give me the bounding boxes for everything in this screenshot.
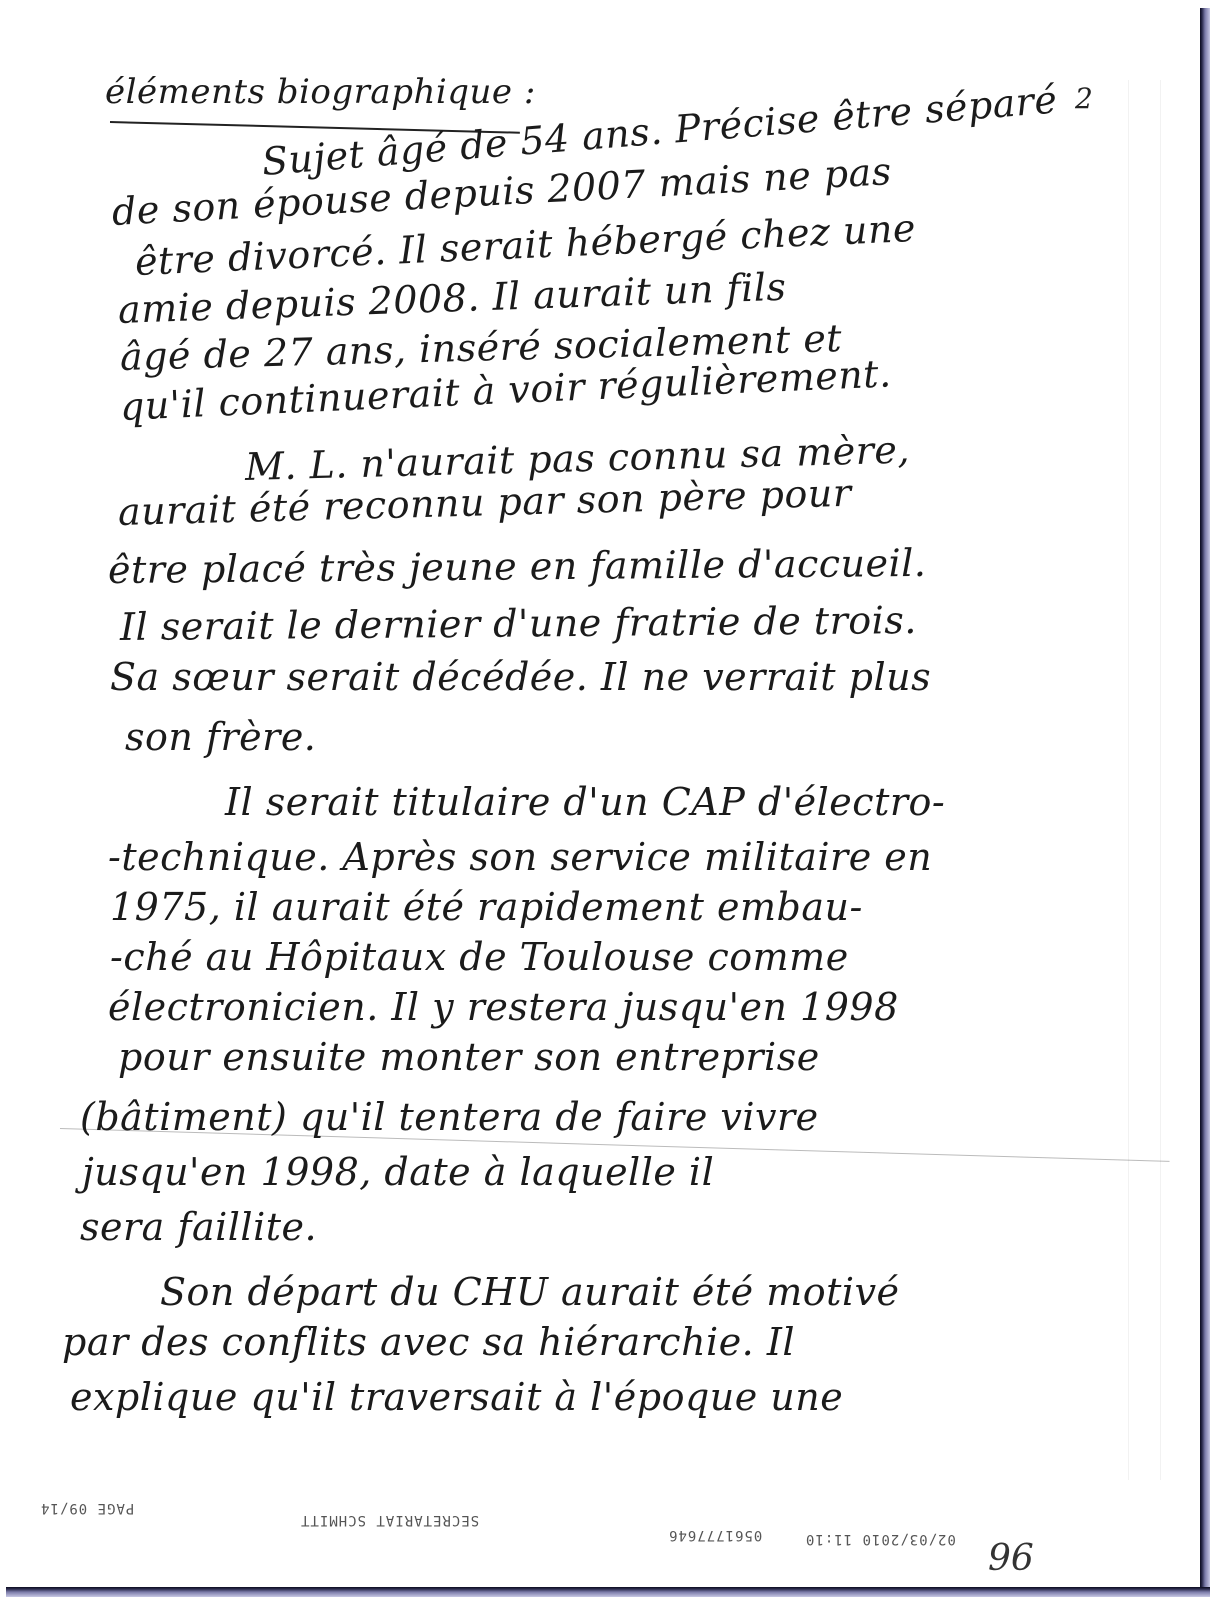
scan-artifact xyxy=(1160,80,1161,1480)
handwritten-line: pour ensuite monter son entreprise xyxy=(118,1035,820,1079)
handwritten-line: -ché au Hôpitaux de Toulouse comme xyxy=(110,935,849,979)
scan-artifact xyxy=(1128,80,1129,1480)
handwritten-line: Sa sœur serait décédée. Il ne verrait pl… xyxy=(110,655,931,699)
handwritten-line: aurait été reconnu par son père pour xyxy=(117,471,852,534)
fax-page-count: PAGE 09/14 xyxy=(40,1500,134,1516)
handwritten-line: son frère. xyxy=(125,715,316,759)
document-heading: éléments biographique : xyxy=(105,72,536,112)
handwritten-line: -technique. Après son service militaire … xyxy=(108,835,932,879)
page-shadow-bottom xyxy=(6,1587,1210,1597)
fax-datetime: 02/03/2010 11:10 xyxy=(805,1531,956,1547)
scanned-document-frame: éléments biographique : 2 Sujet âgé de 5… xyxy=(0,0,1210,1597)
handwritten-line: Son départ du CHU aurait été motivé xyxy=(160,1270,900,1314)
document-page: éléments biographique : 2 Sujet âgé de 5… xyxy=(0,0,1200,1587)
handwritten-line: être placé très jeune en famille d'accue… xyxy=(108,541,927,592)
stamp-number: 96 xyxy=(988,1538,1034,1579)
handwritten-line: jusqu'en 1998, date à laquelle il xyxy=(82,1150,714,1194)
page-shadow-right xyxy=(1200,8,1210,1597)
fax-sender: SECRETARIAT SCHMITT xyxy=(300,1512,479,1528)
page-number: 2 xyxy=(1075,82,1093,115)
handwritten-line: Il serait le dernier d'une fratrie de tr… xyxy=(120,598,917,649)
handwritten-line: 1975, il aurait été rapidement embau- xyxy=(110,885,863,929)
handwritten-line: par des conflits avec sa hiérarchie. Il xyxy=(62,1320,795,1364)
fax-phone: 0561777646 xyxy=(668,1527,762,1543)
handwritten-line: explique qu'il traversait à l'époque une xyxy=(70,1375,843,1419)
handwritten-line: électronicien. Il y restera jusqu'en 199… xyxy=(108,985,899,1029)
handwritten-line: Il serait titulaire d'un CAP d'électro- xyxy=(225,780,945,824)
handwritten-line: sera faillite. xyxy=(80,1205,317,1249)
handwritten-line: (bâtiment) qu'il tentera de faire vivre xyxy=(80,1095,819,1139)
